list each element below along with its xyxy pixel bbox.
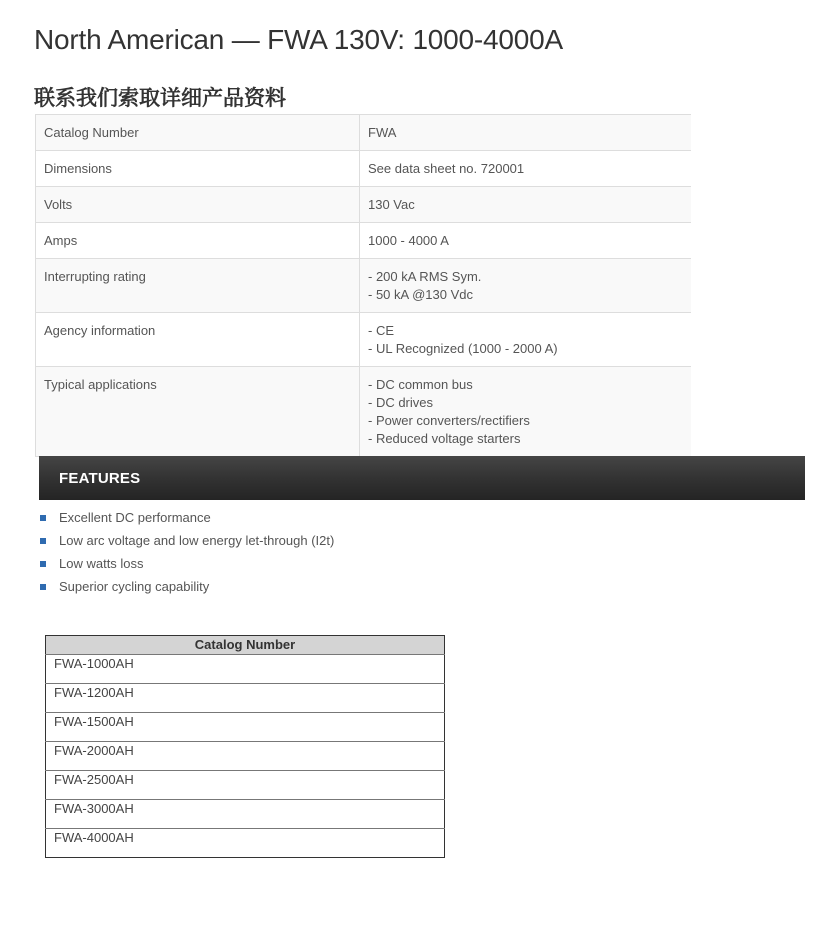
spec-value-line: 130 Vac	[368, 196, 683, 214]
spec-value-line: - Reduced voltage starters	[368, 430, 683, 448]
feature-item: Excellent DC performance	[40, 509, 334, 532]
catalog-number-cell[interactable]: FWA-1200AH	[46, 684, 445, 713]
spec-label: Dimensions	[36, 151, 360, 187]
catalog-row: FWA-1000AH	[46, 655, 445, 684]
feature-text: Superior cycling capability	[59, 578, 209, 596]
spec-label: Agency information	[36, 313, 360, 367]
catalog-number-cell[interactable]: FWA-2000AH	[46, 742, 445, 771]
square-bullet-icon	[40, 561, 46, 567]
catalog-row: FWA-2500AH	[46, 771, 445, 800]
spec-row: DimensionsSee data sheet no. 720001	[36, 151, 692, 187]
spec-value: See data sheet no. 720001	[360, 151, 692, 187]
spec-value: - CE- UL Recognized (1000 - 2000 A)	[360, 313, 692, 367]
spec-row: Agency information- CE- UL Recognized (1…	[36, 313, 692, 367]
spec-table: Catalog NumberFWADimensionsSee data shee…	[35, 114, 691, 457]
spec-value-line: - CE	[368, 322, 683, 340]
spec-value-line: - UL Recognized (1000 - 2000 A)	[368, 340, 683, 358]
spec-value: FWA	[360, 115, 692, 151]
catalog-table-header: Catalog Number	[46, 636, 445, 655]
spec-row: Volts130 Vac	[36, 187, 692, 223]
catalog-row: FWA-1500AH	[46, 713, 445, 742]
spec-value-line: - DC common bus	[368, 376, 683, 394]
spec-value-line: FWA	[368, 124, 683, 142]
feature-item: Low arc voltage and low energy let-throu…	[40, 532, 334, 555]
features-list: Excellent DC performanceLow arc voltage …	[40, 509, 334, 601]
catalog-number-cell[interactable]: FWA-1500AH	[46, 713, 445, 742]
square-bullet-icon	[40, 584, 46, 590]
feature-item: Low watts loss	[40, 555, 334, 578]
spec-value-line: - 50 kA @130 Vdc	[368, 286, 683, 304]
spec-row: Typical applications- DC common bus- DC …	[36, 367, 692, 457]
catalog-number-cell[interactable]: FWA-1000AH	[46, 655, 445, 684]
square-bullet-icon	[40, 515, 46, 521]
spec-value: 130 Vac	[360, 187, 692, 223]
spec-row: Interrupting rating- 200 kA RMS Sym.- 50…	[36, 259, 692, 313]
spec-label: Amps	[36, 223, 360, 259]
features-header: FEATURES	[39, 456, 805, 500]
spec-label: Interrupting rating	[36, 259, 360, 313]
spec-row: Amps1000 - 4000 A	[36, 223, 692, 259]
catalog-row: FWA-1200AH	[46, 684, 445, 713]
feature-text: Low watts loss	[59, 555, 144, 573]
spec-value-line: - 200 kA RMS Sym.	[368, 268, 683, 286]
spec-label: Catalog Number	[36, 115, 360, 151]
square-bullet-icon	[40, 538, 46, 544]
catalog-row: FWA-4000AH	[46, 829, 445, 858]
page-title: North American — FWA 130V: 1000-4000A	[34, 24, 563, 56]
feature-item: Superior cycling capability	[40, 578, 334, 601]
catalog-number-cell[interactable]: FWA-3000AH	[46, 800, 445, 829]
catalog-row: FWA-2000AH	[46, 742, 445, 771]
catalog-number-cell[interactable]: FWA-2500AH	[46, 771, 445, 800]
spec-value: 1000 - 4000 A	[360, 223, 692, 259]
spec-value: - DC common bus- DC drives- Power conver…	[360, 367, 692, 457]
spec-value-line: 1000 - 4000 A	[368, 232, 683, 250]
spec-value-line: - Power converters/rectifiers	[368, 412, 683, 430]
spec-value-line: See data sheet no. 720001	[368, 160, 683, 178]
feature-text: Low arc voltage and low energy let-throu…	[59, 532, 334, 550]
contact-heading[interactable]: 联系我们索取详细产品资料	[34, 82, 286, 112]
catalog-row: FWA-3000AH	[46, 800, 445, 829]
spec-label: Typical applications	[36, 367, 360, 457]
spec-value: - 200 kA RMS Sym.- 50 kA @130 Vdc	[360, 259, 692, 313]
features-title: FEATURES	[59, 470, 140, 487]
spec-row: Catalog NumberFWA	[36, 115, 692, 151]
spec-label: Volts	[36, 187, 360, 223]
feature-text: Excellent DC performance	[59, 509, 211, 527]
catalog-number-table: Catalog Number FWA-1000AHFWA-1200AHFWA-1…	[45, 635, 445, 858]
spec-value-line: - DC drives	[368, 394, 683, 412]
catalog-number-cell[interactable]: FWA-4000AH	[46, 829, 445, 858]
